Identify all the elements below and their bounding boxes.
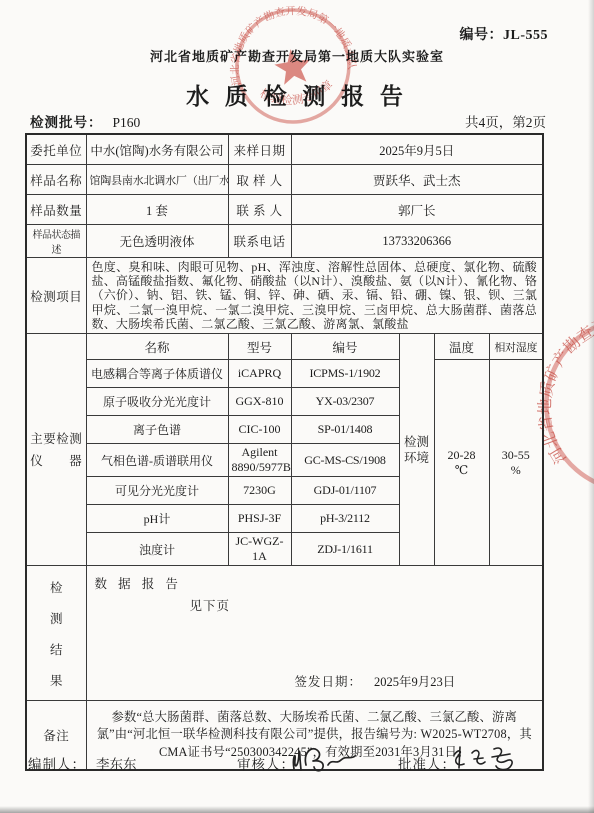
instrument-name: 浊度计 [86, 533, 228, 566]
contact-value: 郭厂长 [291, 195, 543, 225]
scan-edge-right [588, 0, 594, 813]
sample-date-label: 来样日期 [228, 134, 291, 165]
signature-footer: 编制人：李东东 审核人： 批准人： [0, 749, 594, 795]
reviewed-by: 审核人： [237, 753, 295, 773]
sample-date-value: 2025年9月5日 [291, 134, 543, 165]
table-row: 主要检测 仪 器 名称 型号 编号 检测环境 温度 相对湿度 [26, 334, 543, 360]
table-row: 检测项目 色度、臭和味、肉眼可见物、pH、浑浊度、溶解性总固体、总硬度、氯化物、… [26, 258, 543, 334]
sample-state-value: 无色透明液体 [86, 225, 228, 258]
instrument-name-header: 名称 [86, 334, 228, 360]
reviewed-by-label: 审核人： [237, 757, 295, 772]
instrument-model: CIC-100 [228, 416, 291, 444]
instrument-name: 可见分光光度计 [86, 477, 228, 505]
temperature-value: 20-28 ℃ [434, 360, 489, 566]
sampler-label: 取 样 人 [228, 165, 291, 195]
see-next-page: 见下页 [190, 596, 231, 614]
instruments-label-line1: 主要检测 [30, 428, 83, 450]
table-row: 样品数量 1 套 联 系 人 郭厂长 [26, 195, 543, 225]
instrument-model: JC-WGZ-1A [228, 533, 291, 566]
table-row: 检 测 结 果 数 据 报 告 见下页 签发日期：2025年9月23日 [26, 566, 543, 701]
test-items-content: 色度、臭和味、肉眼可见物、pH、浑浊度、溶解性总固体、总硬度、氯化物、硫酸盐、高… [86, 258, 543, 334]
temperature-unit: ℃ [438, 463, 486, 478]
instrument-name: 气相色谱-质谱联用仪 [86, 444, 228, 477]
instrument-name: 离子色谱 [86, 416, 228, 444]
phone-label: 联系电话 [228, 225, 291, 258]
results-content: 数 据 报 告 见下页 签发日期：2025年9月23日 [86, 566, 543, 701]
instrument-serial: pH-3/2112 [291, 505, 399, 533]
report-number-label: 编号： [460, 28, 504, 43]
temperature-range: 20-28 [438, 448, 486, 463]
results-label-char: 测 [50, 609, 63, 627]
sample-qty-value: 1 套 [86, 195, 228, 225]
prepared-by-name: 李东东 [96, 757, 137, 772]
lab-name: 河北省地质矿产勘查开发局第一地质大队实验室 [0, 46, 594, 65]
instrument-model-header: 型号 [228, 334, 291, 360]
sample-state-label: 样品状态描述 [26, 225, 86, 258]
approver-signature [446, 741, 524, 781]
results-label-char: 检 [50, 578, 63, 596]
table-row: 样品名称 馆陶县南水北调水厂（出厂水） 取 样 人 贾跃华、武士杰 [26, 165, 543, 195]
results-label-char: 果 [50, 671, 63, 689]
batch-number: 检测批号：P160 [30, 111, 140, 131]
contact-label: 联 系 人 [228, 195, 291, 225]
table-row: 样品状态描述 无色透明液体 联系电话 13733206366 [26, 225, 543, 258]
humidity-header: 相对湿度 [489, 334, 543, 360]
table-row: 电感耦合等离子体质谱仪 iCAPRQ ICPMS-1/1902 20-28 ℃ … [26, 360, 543, 388]
instrument-serial: SP-01/1408 [291, 416, 399, 444]
issue-date: 签发日期：2025年9月23日 [295, 672, 456, 690]
stamp-ring-text: 河北省地质矿产勘查开发局第一地质大队 [221, 0, 360, 87]
test-items-label: 检测项目 [26, 258, 86, 334]
humidity-unit: % [493, 463, 540, 478]
instrument-serial: ZDJ-1/1611 [291, 533, 399, 566]
table-row: 委托单位 中水(馆陶)水务有限公司 来样日期 2025年9月5日 [26, 134, 543, 165]
reviewer-signature [288, 741, 360, 781]
instrument-serial: GDJ-01/1107 [291, 477, 399, 505]
instrument-serial: YX-03/2307 [291, 388, 399, 416]
report-number: 编号：JL-555 [460, 24, 549, 44]
page-title: 水 质 检 测 报 告 [0, 78, 594, 111]
report-table: 委托单位 中水(馆陶)水务有限公司 来样日期 2025年9月5日 样品名称 馆陶… [25, 133, 544, 771]
report-number-value: JL-555 [503, 28, 548, 43]
instrument-name: 电感耦合等离子体质谱仪 [86, 360, 228, 388]
pagination: 共4页，第2页 [465, 111, 546, 131]
sample-name-label: 样品名称 [26, 165, 86, 195]
instrument-serial-header: 编号 [291, 334, 399, 360]
environment-label: 检测环境 [399, 334, 434, 566]
instrument-name: 原子吸收分光光度计 [86, 388, 228, 416]
instrument-model: GGX-810 [228, 388, 291, 416]
instruments-section-label: 主要检测 仪 器 [26, 334, 86, 566]
prepared-by-label: 编制人： [28, 757, 86, 772]
instrument-serial: GC-MS-CS/1908 [291, 444, 399, 477]
issue-date-label: 签发日期： [295, 675, 363, 689]
sample-name-value: 馆陶县南水北调水厂（出厂水） [86, 165, 228, 195]
results-label-char: 结 [50, 640, 63, 658]
temperature-header: 温度 [434, 334, 489, 360]
instrument-model: PHSJ-3F [228, 505, 291, 533]
instrument-model: 7230G [228, 477, 291, 505]
instrument-serial: ICPMS-1/1902 [291, 360, 399, 388]
humidity-range: 30-55 [493, 448, 540, 463]
scan-edge-bottom [0, 806, 594, 813]
data-report-label: 数 据 报 告 [95, 574, 182, 592]
humidity-value: 30-55 % [489, 360, 543, 566]
batch-number-label: 检测批号： [30, 115, 103, 130]
sample-qty-label: 样品数量 [26, 195, 86, 225]
phone-value: 13733206366 [291, 225, 543, 258]
instruments-label-line2: 仪 器 [30, 450, 83, 472]
batch-number-value: P160 [113, 115, 141, 130]
instrument-model: iCAPRQ [228, 360, 291, 388]
client-value: 中水(馆陶)水务有限公司 [86, 134, 228, 165]
prepared-by: 编制人：李东东 [28, 753, 137, 773]
report-page: 编号：JL-555 河北省地质矿产勘查开发局第一地质大队实验室 水 质 检 测 … [0, 0, 594, 813]
instrument-model: Agilent 8890/5977B [228, 444, 291, 477]
results-section-label: 检 测 结 果 [26, 566, 86, 701]
lab-seal-stamp: 河北省地质矿产勘查开发局第一地质大队 检验检测专用章 [208, 0, 377, 152]
instrument-name: pH计 [86, 505, 228, 533]
client-label: 委托单位 [26, 134, 86, 165]
sampler-value: 贾跃华、武士杰 [291, 165, 543, 195]
issue-date-value: 2025年9月23日 [374, 675, 455, 689]
